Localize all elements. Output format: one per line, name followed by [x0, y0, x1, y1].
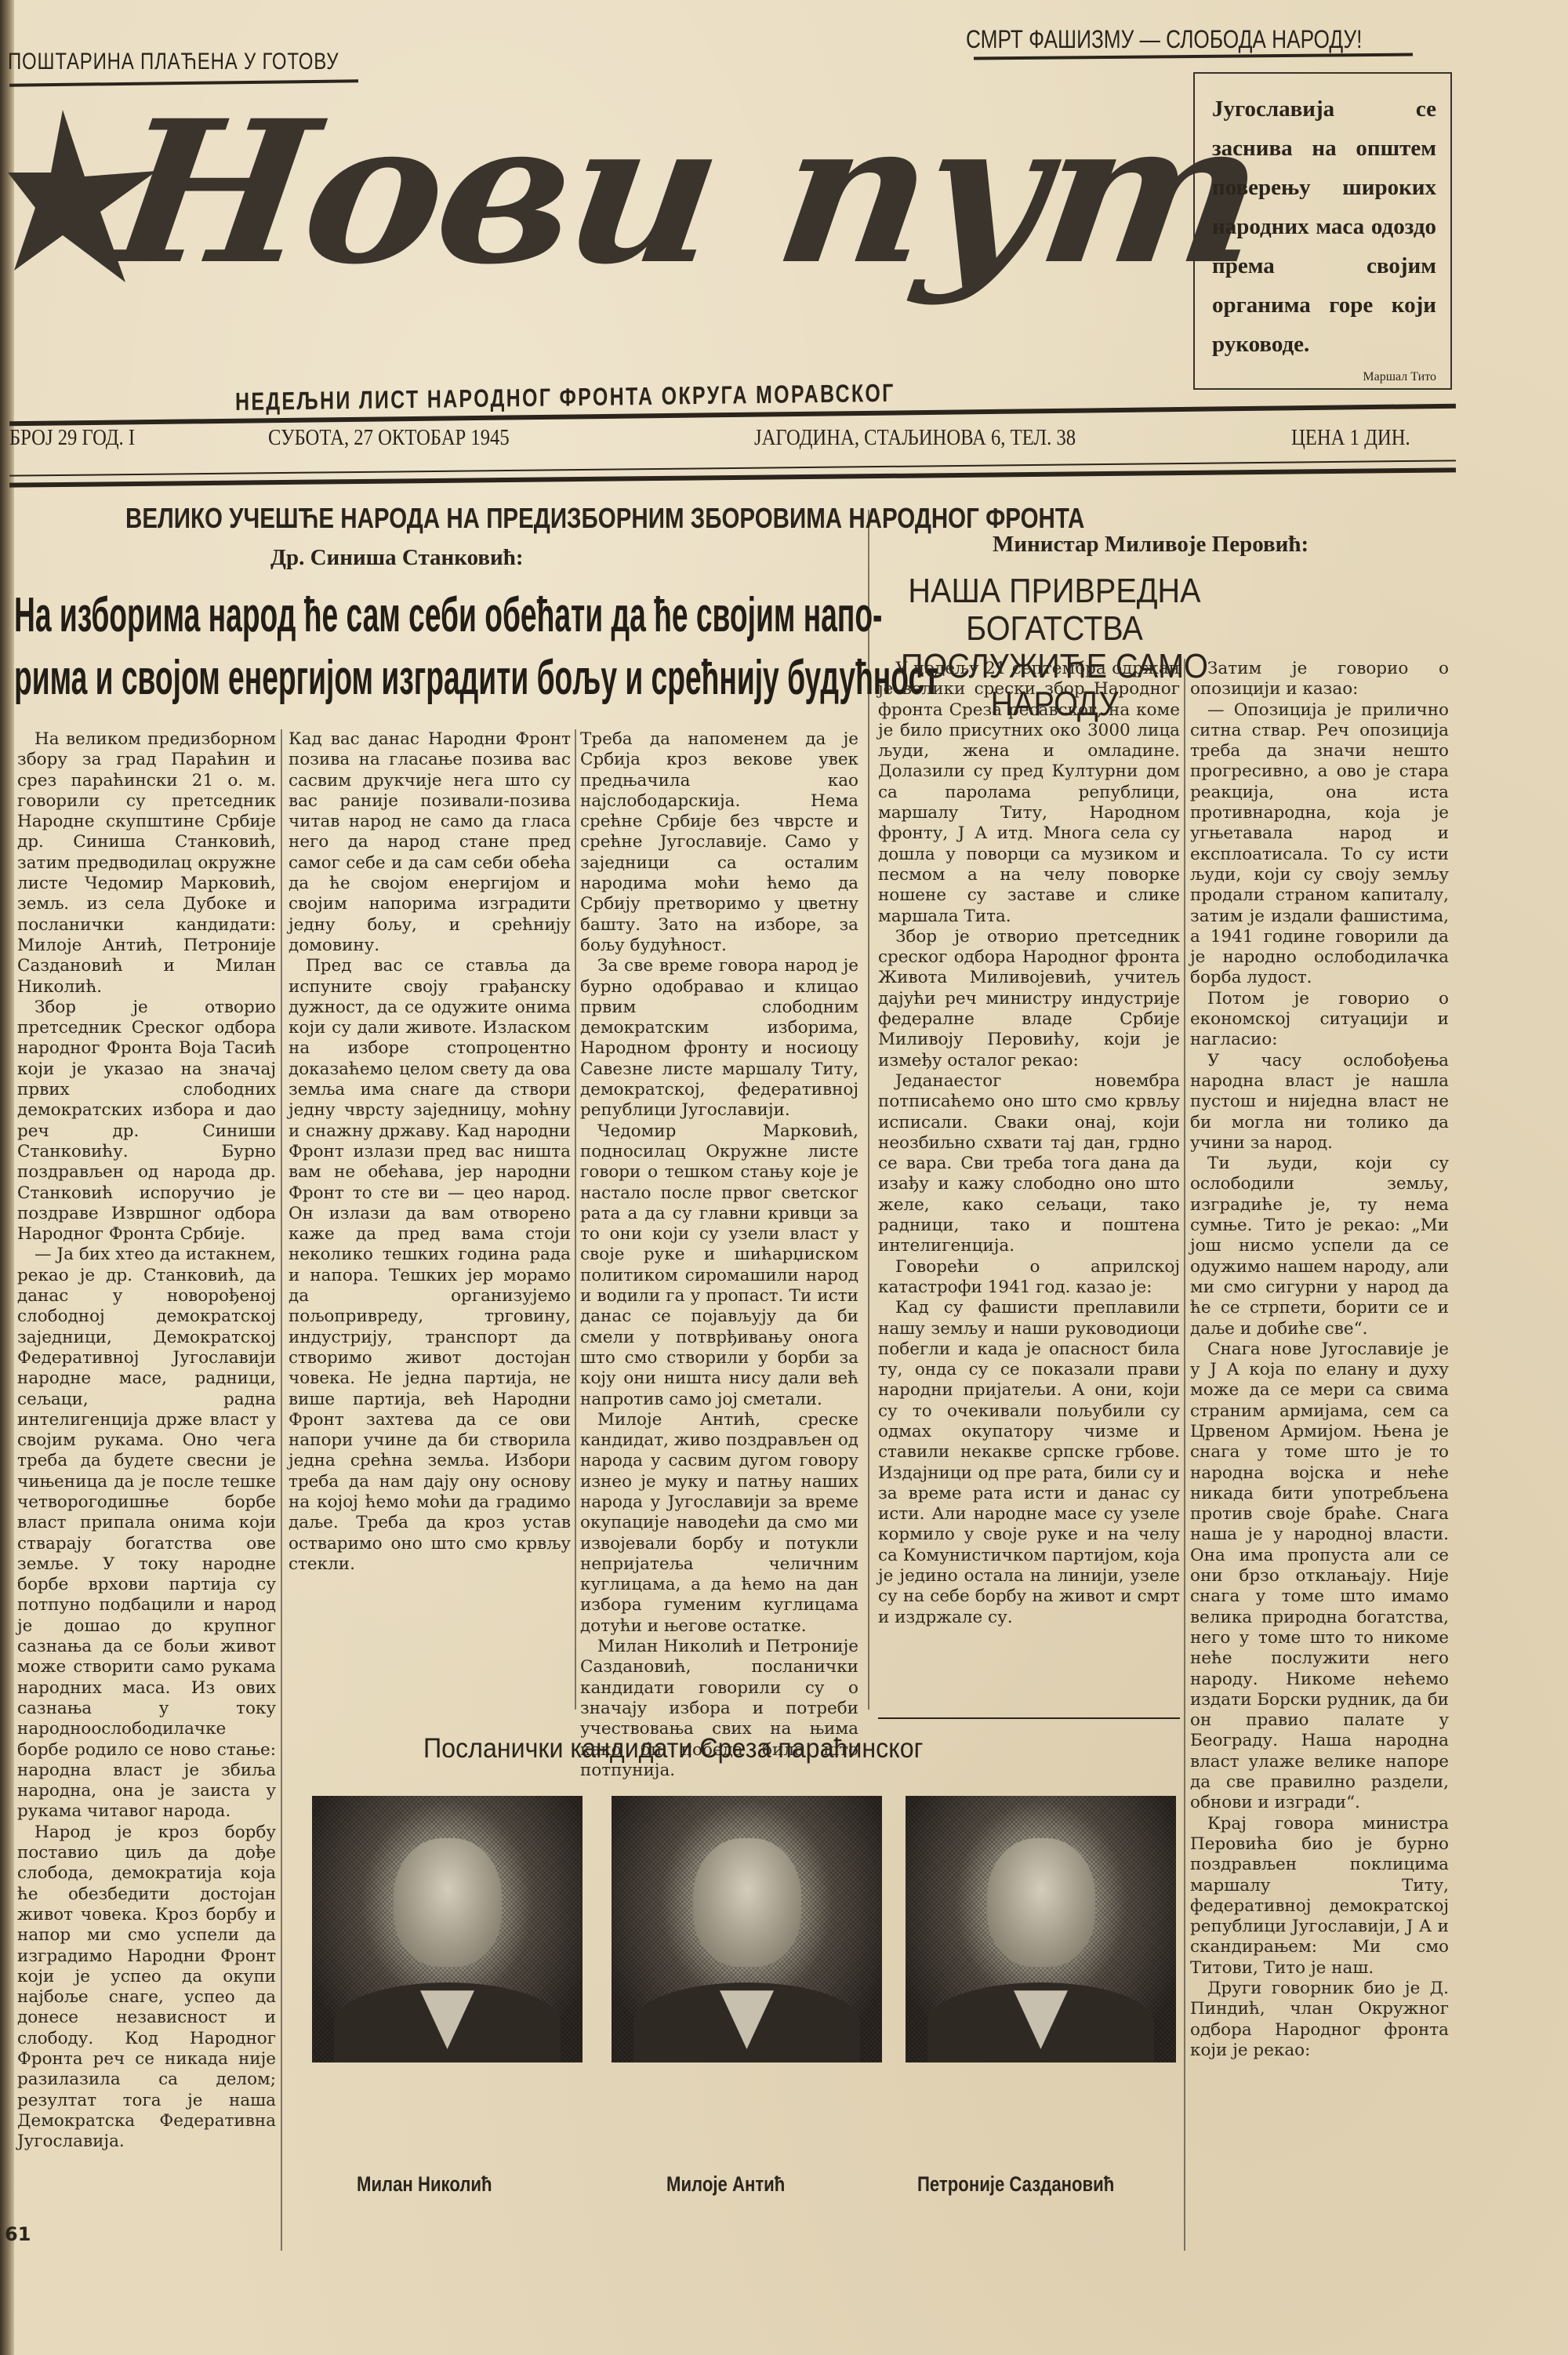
photo-caption: Милоје Антић: [666, 2172, 785, 2197]
issue-price: ЦЕНА 1 ДИН.: [1291, 425, 1410, 451]
candidate-photo: [312, 1796, 583, 2062]
candidate-photo: [612, 1796, 882, 2062]
column-divider: [281, 729, 282, 2251]
left-article-column-2: Кад вас данас Народни Фронт позива на гл…: [289, 729, 571, 1575]
binding-gutter: [0, 0, 14, 2355]
right-article-byline: Министар Миливоје Перовић:: [993, 532, 1308, 558]
candidate-photo: [906, 1796, 1176, 2062]
issue-number: БРОЈ 29 ГОД. I: [9, 425, 135, 451]
right-article-column-1: У недељу 21 септембра одржан је велики с…: [878, 659, 1180, 1628]
left-article-headline: На изборима народ ће сам себи обећати да…: [14, 584, 938, 710]
publisher-address: ЈАГОДИНА, СТАЉИНОВА 6, ТЕЛ. 38: [754, 425, 1076, 451]
quote-author: Маршал Тито: [1212, 370, 1436, 384]
right-article-column-2: Затим је говорио о опозицији и казао: — …: [1190, 659, 1449, 2061]
newspaper-subtitle: НЕДЕЉНИ ЛИСТ НАРОДНОГ ФРОНТА ОКРУГА МОРА…: [235, 379, 895, 416]
left-article-byline: Др. Синиша Станковић:: [270, 545, 524, 571]
main-banner-headline: ВЕЛИКО УЧЕШЋЕ НАРОДА НА ПРЕДИЗБОРНИМ ЗБО…: [125, 502, 1084, 535]
left-article-column-3: Треба да напоменем да је Србија кроз век…: [580, 729, 858, 1781]
photo-caption: Милан Николић: [357, 2172, 492, 2197]
newspaper-title-logo: Нови пут: [103, 94, 1270, 290]
left-article-column-1: На великом предизборном збору за град Па…: [17, 729, 276, 2152]
column-divider: [1184, 659, 1185, 2251]
section-rule: [878, 1717, 1180, 1719]
slogan: СМРТ ФАШИЗМУ — СЛОБОДА НАРОДУ!: [966, 25, 1362, 54]
postage-note: ПОШТАРИНА ПЛАЋЕНА У ГОТОВУ: [8, 49, 339, 75]
tito-quote-box: Југославија се заснива на општем поверењ…: [1193, 72, 1452, 390]
issue-bar-rule-bottom: [9, 467, 1456, 487]
quote-text: Југославија се заснива на општем поверењ…: [1212, 89, 1436, 364]
page-number: 61: [5, 2223, 31, 2245]
column-divider: [575, 729, 576, 1710]
column-divider: [868, 510, 869, 1710]
photo-caption: Петроније Саздановић: [917, 2172, 1114, 2197]
issue-date: СУБОТА, 27 ОКТОБАР 1945: [268, 425, 510, 451]
issue-info-bar: БРОЈ 29 ГОД. I СУБОТА, 27 ОКТОБАР 1945 Ј…: [9, 416, 1452, 463]
newspaper-page: ПОШТАРИНА ПЛАЋЕНА У ГОТОВУ СМРТ ФАШИЗМУ …: [0, 0, 1568, 2355]
photo-section-title: Посланички кандидати Среза параћинског: [423, 1733, 923, 1764]
